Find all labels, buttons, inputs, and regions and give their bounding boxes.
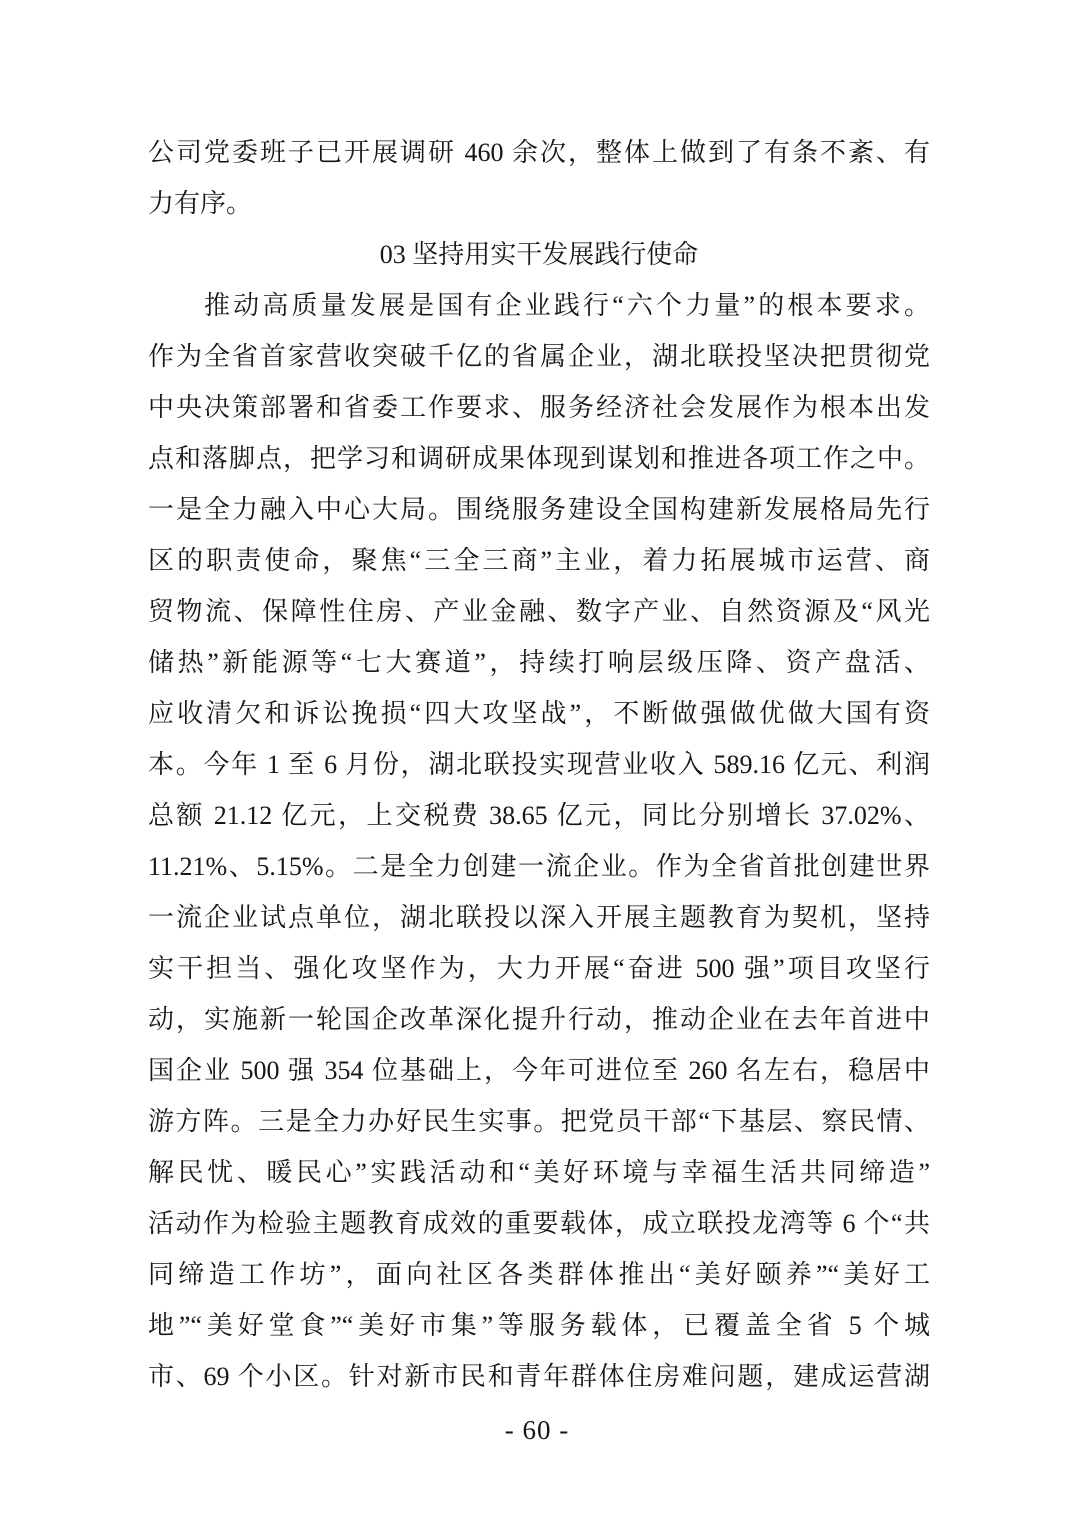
text-line: 贸物流、保障性住房、产业金融、数字产业、自然资源及“风光 bbox=[148, 586, 930, 637]
text-line: 国企业 500 强 354 位基础上，今年可进位至 260 名左右，稳居中 bbox=[148, 1045, 930, 1096]
text-line: 市、69 个小区。针对新市民和青年群体住房难问题，建成运营湖 bbox=[148, 1351, 930, 1402]
text-line: 力有序。 bbox=[148, 178, 930, 229]
text-line: 游方阵。三是全力办好民生实事。把党员干部“下基层、察民情、 bbox=[148, 1096, 930, 1147]
section-heading: 03 坚持用实干发展践行使命 bbox=[148, 229, 930, 280]
text-line: 作为全省首家营收突破千亿的省属企业，湖北联投坚决把贯彻党 bbox=[148, 331, 930, 382]
text-line: 一是全力融入中心大局。围绕服务建设全国构建新发展格局先行 bbox=[148, 484, 930, 535]
document-body: 公司党委班子已开展调研 460 余次，整体上做到了有条不紊、有力有序。03 坚持… bbox=[148, 127, 930, 1402]
text-line: 活动作为检验主题教育成效的重要载体，成立联投龙湾等 6 个“共 bbox=[148, 1198, 930, 1249]
text-line: 动，实施新一轮国企改革深化提升行动，推动企业在去年首进中 bbox=[148, 994, 930, 1045]
text-line: 解民忧、暖民心”实践活动和“美好环境与幸福生活共同缔造” bbox=[148, 1147, 930, 1198]
text-line: 公司党委班子已开展调研 460 余次，整体上做到了有条不紊、有 bbox=[148, 127, 930, 178]
text-line: 推动高质量发展是国有企业践行“六个力量”的根本要求。 bbox=[148, 280, 930, 331]
text-line: 区的职责使命，聚焦“三全三商”主业，着力拓展城市运营、商 bbox=[148, 535, 930, 586]
text-line: 实干担当、强化攻坚作为，大力开展“奋进 500 强”项目攻坚行 bbox=[148, 943, 930, 994]
text-line: 同缔造工作坊”，面向社区各类群体推出“美好颐养”“美好工 bbox=[148, 1249, 930, 1300]
text-line: 11.21%、5.15%。二是全力创建一流企业。作为全省首批创建世界 bbox=[148, 841, 930, 892]
text-line: 点和落脚点，把学习和调研成果体现到谋划和推进各项工作之中。 bbox=[148, 433, 930, 484]
document-page: 公司党委班子已开展调研 460 余次，整体上做到了有条不紊、有力有序。03 坚持… bbox=[0, 0, 1074, 1520]
text-line: 储热”新能源等“七大赛道”，持续打响层级压降、资产盘活、 bbox=[148, 637, 930, 688]
text-line: 中央决策部署和省委工作要求、服务经济社会发展作为根本出发 bbox=[148, 382, 930, 433]
page-number-footer: - 60 - bbox=[0, 1410, 1074, 1450]
text-line: 本。今年 1 至 6 月份，湖北联投实现营业收入 589.16 亿元、利润 bbox=[148, 739, 930, 790]
text-line: 一流企业试点单位，湖北联投以深入开展主题教育为契机，坚持 bbox=[148, 892, 930, 943]
text-line: 总额 21.12 亿元，上交税费 38.65 亿元，同比分别增长 37.02%、 bbox=[148, 790, 930, 841]
text-line: 地”“美好堂食”“美好市集”等服务载体，已覆盖全省 5 个城 bbox=[148, 1300, 930, 1351]
text-line: 应收清欠和诉讼挽损“四大攻坚战”，不断做强做优做大国有资 bbox=[148, 688, 930, 739]
